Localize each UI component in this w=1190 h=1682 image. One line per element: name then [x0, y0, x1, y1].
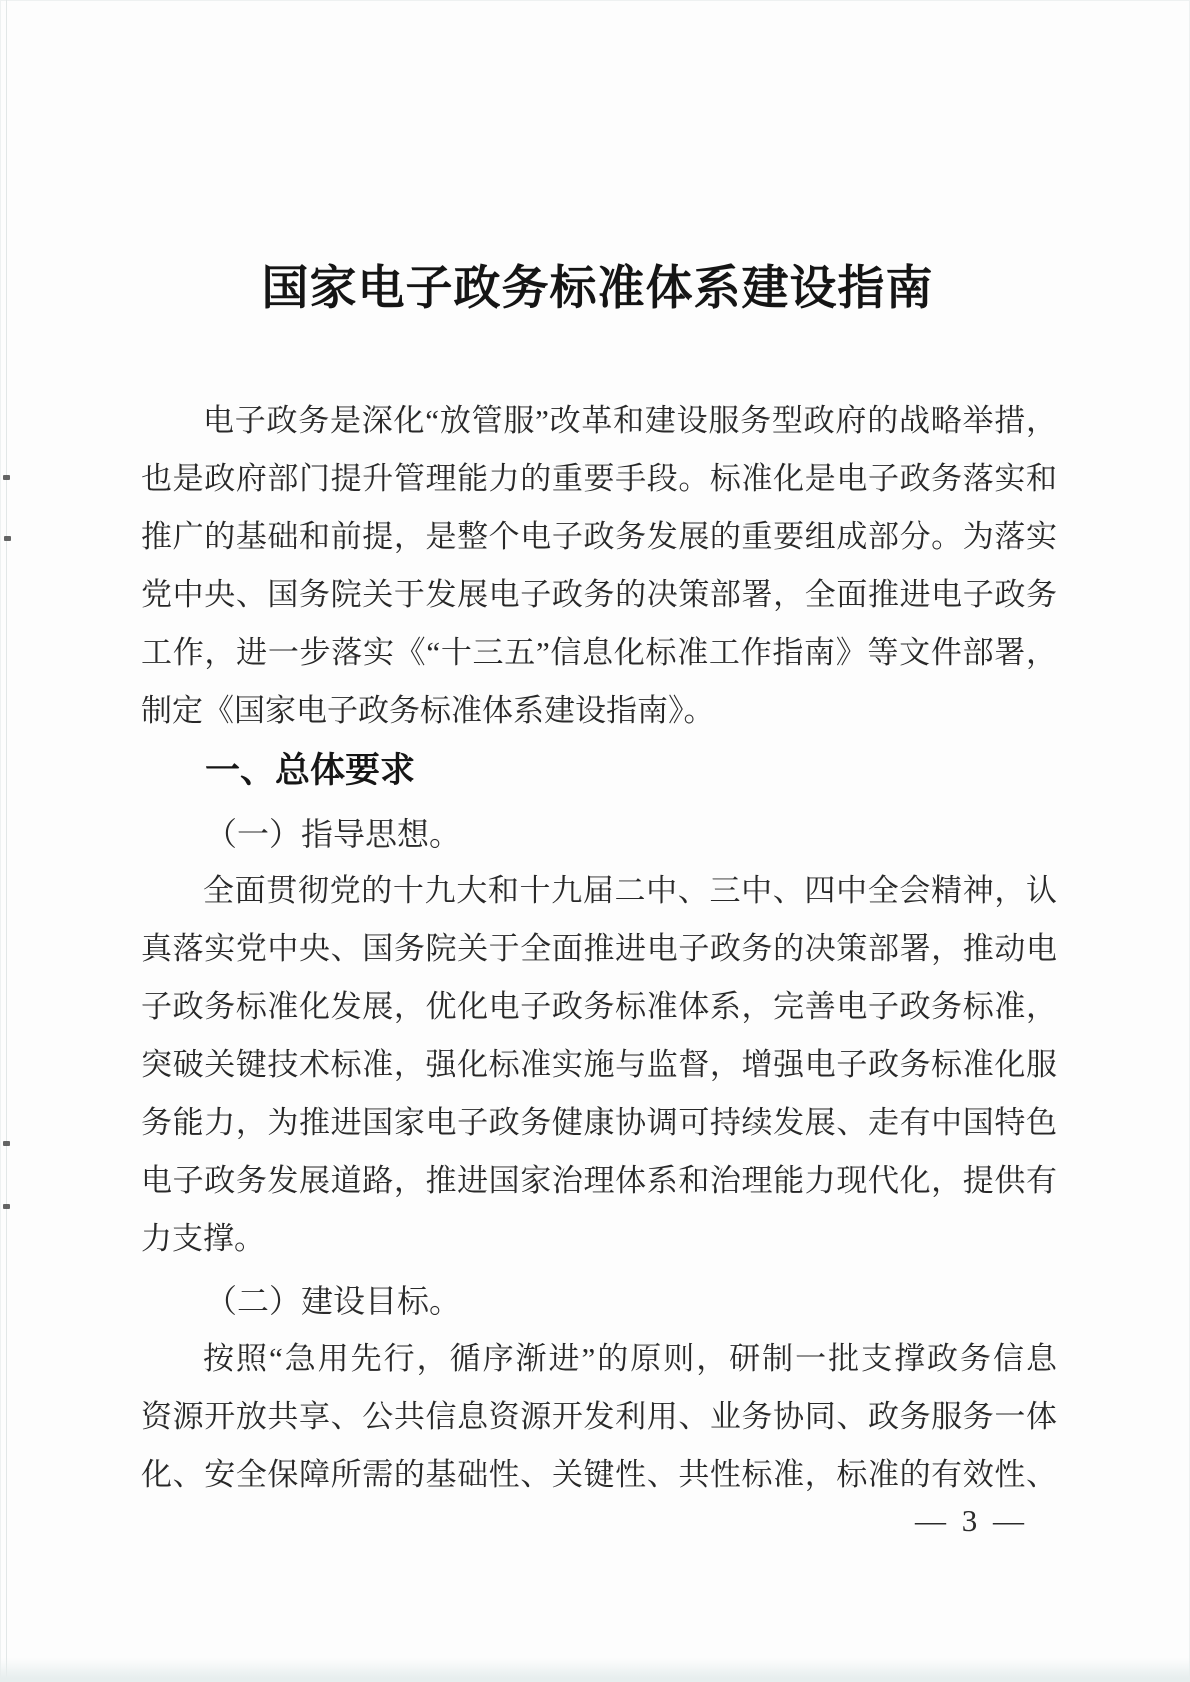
- subsection-heading-guiding-ideology: （一）指导思想。: [141, 805, 1057, 863]
- text-line: 化、安全保障所需的基础性、关键性、共性标准，标准的有效性、: [141, 1446, 1057, 1504]
- subsection-heading-construction-goals: （二）建设目标。: [141, 1272, 1057, 1330]
- scan-speck: [3, 1141, 10, 1146]
- scan-speck: [4, 536, 11, 541]
- text-line: 制定《国家电子政务标准体系建设指南》。: [141, 682, 1057, 740]
- text-line: 电子政务是深化“放管服”改革和建设服务型政府的战略举措，: [141, 392, 1057, 450]
- paragraph-guiding-ideology: 全面贯彻党的十九大和十九届二中、三中、四中全会精神，认 真落实党中央、国务院关于…: [141, 862, 1057, 1268]
- text-line: 全面贯彻党的十九大和十九届二中、三中、四中全会精神，认: [141, 862, 1057, 920]
- text-line: 推广的基础和前提，是整个电子政务发展的重要组成部分。为落实: [141, 508, 1057, 566]
- text-line: 党中央、国务院关于发展电子政务的决策部署，全面推进电子政务: [141, 566, 1057, 624]
- text-line: 真落实党中央、国务院关于全面推进电子政务的决策部署，推动电: [141, 920, 1057, 978]
- page-number: — 3 —: [915, 1498, 1028, 1544]
- text-line: 按照“急用先行，循序渐进”的原则，研制一批支撑政务信息: [141, 1330, 1057, 1388]
- document-page: 国家电子政务标准体系建设指南 电子政务是深化“放管服”改革和建设服务型政府的战略…: [0, 0, 1190, 1682]
- text-line: 工作，进一步落实《“十三五”信息化标准工作指南》等文件部署，: [141, 624, 1057, 682]
- section-heading-overall-requirements: 一、总体要求: [141, 742, 1057, 800]
- paragraph-intro: 电子政务是深化“放管服”改革和建设服务型政府的战略举措， 也是政府部门提升管理能…: [141, 392, 1057, 740]
- paragraph-construction-goals: 按照“急用先行，循序渐进”的原则，研制一批支撑政务信息 资源开放共享、公共信息资…: [141, 1330, 1057, 1504]
- text-line: 子政务标准化发展，优化电子政务标准体系，完善电子政务标准，: [141, 978, 1057, 1036]
- text-line: 务能力，为推进国家电子政务健康协调可持续发展、走有中国特色: [141, 1094, 1057, 1152]
- text-line: 电子政务发展道路，推进国家治理体系和治理能力现代化，提供有: [141, 1152, 1057, 1210]
- text-line: 资源开放共享、公共信息资源开发利用、业务协同、政务服务一体: [141, 1388, 1057, 1446]
- text-line: 也是政府部门提升管理能力的重要手段。标准化是电子政务落实和: [141, 450, 1057, 508]
- document-title: 国家电子政务标准体系建设指南: [140, 258, 1055, 320]
- text-line: 力支撑。: [141, 1210, 1057, 1268]
- text-line: 突破关键技术标准，强化标准实施与监督，增强电子政务标准化服: [141, 1036, 1057, 1094]
- scan-speck: [3, 475, 10, 480]
- scan-speck: [3, 1204, 10, 1209]
- scan-edge-line: [6, 0, 7, 1682]
- scan-bottom-artifact: [0, 1658, 1190, 1682]
